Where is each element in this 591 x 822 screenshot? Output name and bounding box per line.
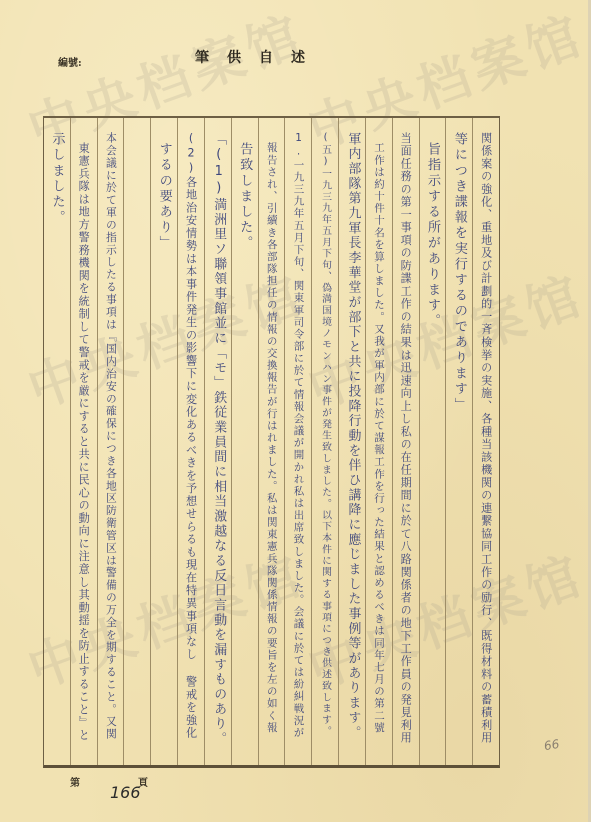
- title-char: 述: [291, 47, 305, 67]
- handwritten-line: 東憲兵隊は地方警務機関を統制して警戒を厳にすると共に民心の動向に注意し其動揺を防…: [78, 142, 89, 742]
- handwritten-line: 報告され、引續き各部隊担任の情報の交換報告が行はれました。私は関東憲兵隊関係情報…: [266, 142, 277, 734]
- handwritten-line: 1.一九三九年五月下旬、関東軍司令部に於て情報会議が開かれ私は出席致しました。会…: [293, 132, 304, 739]
- manuscript-column: 工作は約十件十名を算しました。又我が軍内部に於て謀報工作を行った結果と認めるべき…: [365, 118, 392, 765]
- page-prefix-label: 第: [70, 774, 80, 789]
- manuscript-column: 「(1)満洲里ソ聯領事館並に「モ」鉄従業員間に相当激越なる反日言動を漏すものあり…: [204, 118, 231, 765]
- title-char: 自: [259, 47, 273, 67]
- manuscript-column: 本会議に於て軍の指示したる事項は『国内治安の確保につき各地区防衛管区は警備の万全…: [97, 118, 124, 765]
- manuscript-column: 報告され、引續き各部隊担任の情報の交換報告が行はれました。私は関東憲兵隊関係情報…: [258, 118, 285, 765]
- handwritten-line: 当面任務の第一事項の防諜工作の結果は迅速向上し私の在任期間に於て八路関係者の地下…: [400, 132, 411, 745]
- title-char: 供: [227, 47, 241, 67]
- handwritten-line: 告致しました。: [238, 142, 251, 251]
- manuscript-column: 示しました。: [44, 118, 70, 765]
- document-number-label: 編號:: [58, 54, 82, 69]
- handwritten-line: (2)各地治安情勢は本事件発生の影響下に変化あるべきを予想せらるも現在特異事項な…: [185, 132, 196, 740]
- manuscript-column: 旨指示する所があります。: [419, 118, 446, 765]
- manuscript-column: 告致しました。: [231, 118, 258, 765]
- document-page: 中央档案馆 中央档案馆 中央档案馆 中央档案馆 中央档案馆 中央档案馆 編號: …: [0, 0, 591, 822]
- page-number: 166: [110, 783, 141, 802]
- handwritten-line: 工作は約十件十名を算しました。又我が軍内部に於て謀報工作を行った結果と認めるべき…: [374, 142, 385, 734]
- margin-pencil-note: 66: [543, 737, 560, 753]
- manuscript-grid: 関係案の強化、重地及び計劃的一斉検挙の実施、各種当該機関の連繋協同工作の励行、既…: [43, 116, 500, 768]
- manuscript-column: 1.一九三九年五月下旬、関東軍司令部に於て情報会議が開かれ私は出席致しました。会…: [284, 118, 311, 765]
- manuscript-column: 軍内部隊第九軍長李華堂が部下と共に投降行動を伴ひ講降に應じました事例等があります…: [338, 118, 365, 765]
- manuscript-column: 関係案の強化、重地及び計劃的一斉検挙の実施、各種当該機関の連繋協同工作の励行、既…: [472, 118, 499, 765]
- manuscript-column: するの要あり」: [150, 118, 177, 765]
- handwritten-line: (五)一九三九年五月下旬、偽満国境ノモンハン事件が発生致しました。以下本件に関す…: [320, 132, 330, 737]
- manuscript-column: [123, 118, 150, 765]
- handwritten-line: 示しました。: [50, 132, 63, 226]
- manuscript-column: 等につき諜報を実行するのであります」: [445, 118, 472, 765]
- document-title: 筆 供 自 述: [195, 47, 305, 67]
- manuscript-column: (2)各地治安情勢は本事件発生の影響下に変化あるべきを予想せらるも現在特異事項な…: [177, 118, 204, 765]
- handwritten-line: 軍内部隊第九軍長李華堂が部下と共に投降行動を伴ひ講降に應じました事例等があります…: [345, 132, 358, 740]
- handwritten-line: するの要あり」: [158, 142, 171, 251]
- manuscript-column: (五)一九三九年五月下旬、偽満国境ノモンハン事件が発生致しました。以下本件に関す…: [311, 118, 338, 765]
- handwritten-line: 関係案の強化、重地及び計劃的一斉検挙の実施、各種当該機関の連繋協同工作の励行、既…: [481, 132, 492, 745]
- handwritten-line: 旨指示する所があります。: [426, 142, 439, 329]
- handwritten-line: 本会議に於て軍の指示したる事項は『国内治安の確保につき各地区防衛管区は警備の万全…: [105, 132, 116, 741]
- handwritten-line: 等につき諜報を実行するのであります」: [453, 132, 466, 413]
- manuscript-column: 当面任務の第一事項の防諜工作の結果は迅速向上し私の在任期間に於て八路関係者の地下…: [392, 118, 419, 765]
- title-char: 筆: [195, 47, 209, 67]
- handwritten-line: 「(1)満洲里ソ聯領事館並に「モ」鉄従業員間に相当激越なる反日言動を漏すものあり…: [211, 132, 224, 747]
- manuscript-column: 東憲兵隊は地方警務機関を統制して警戒を厳にすると共に民心の動向に注意し其動揺を防…: [70, 118, 97, 765]
